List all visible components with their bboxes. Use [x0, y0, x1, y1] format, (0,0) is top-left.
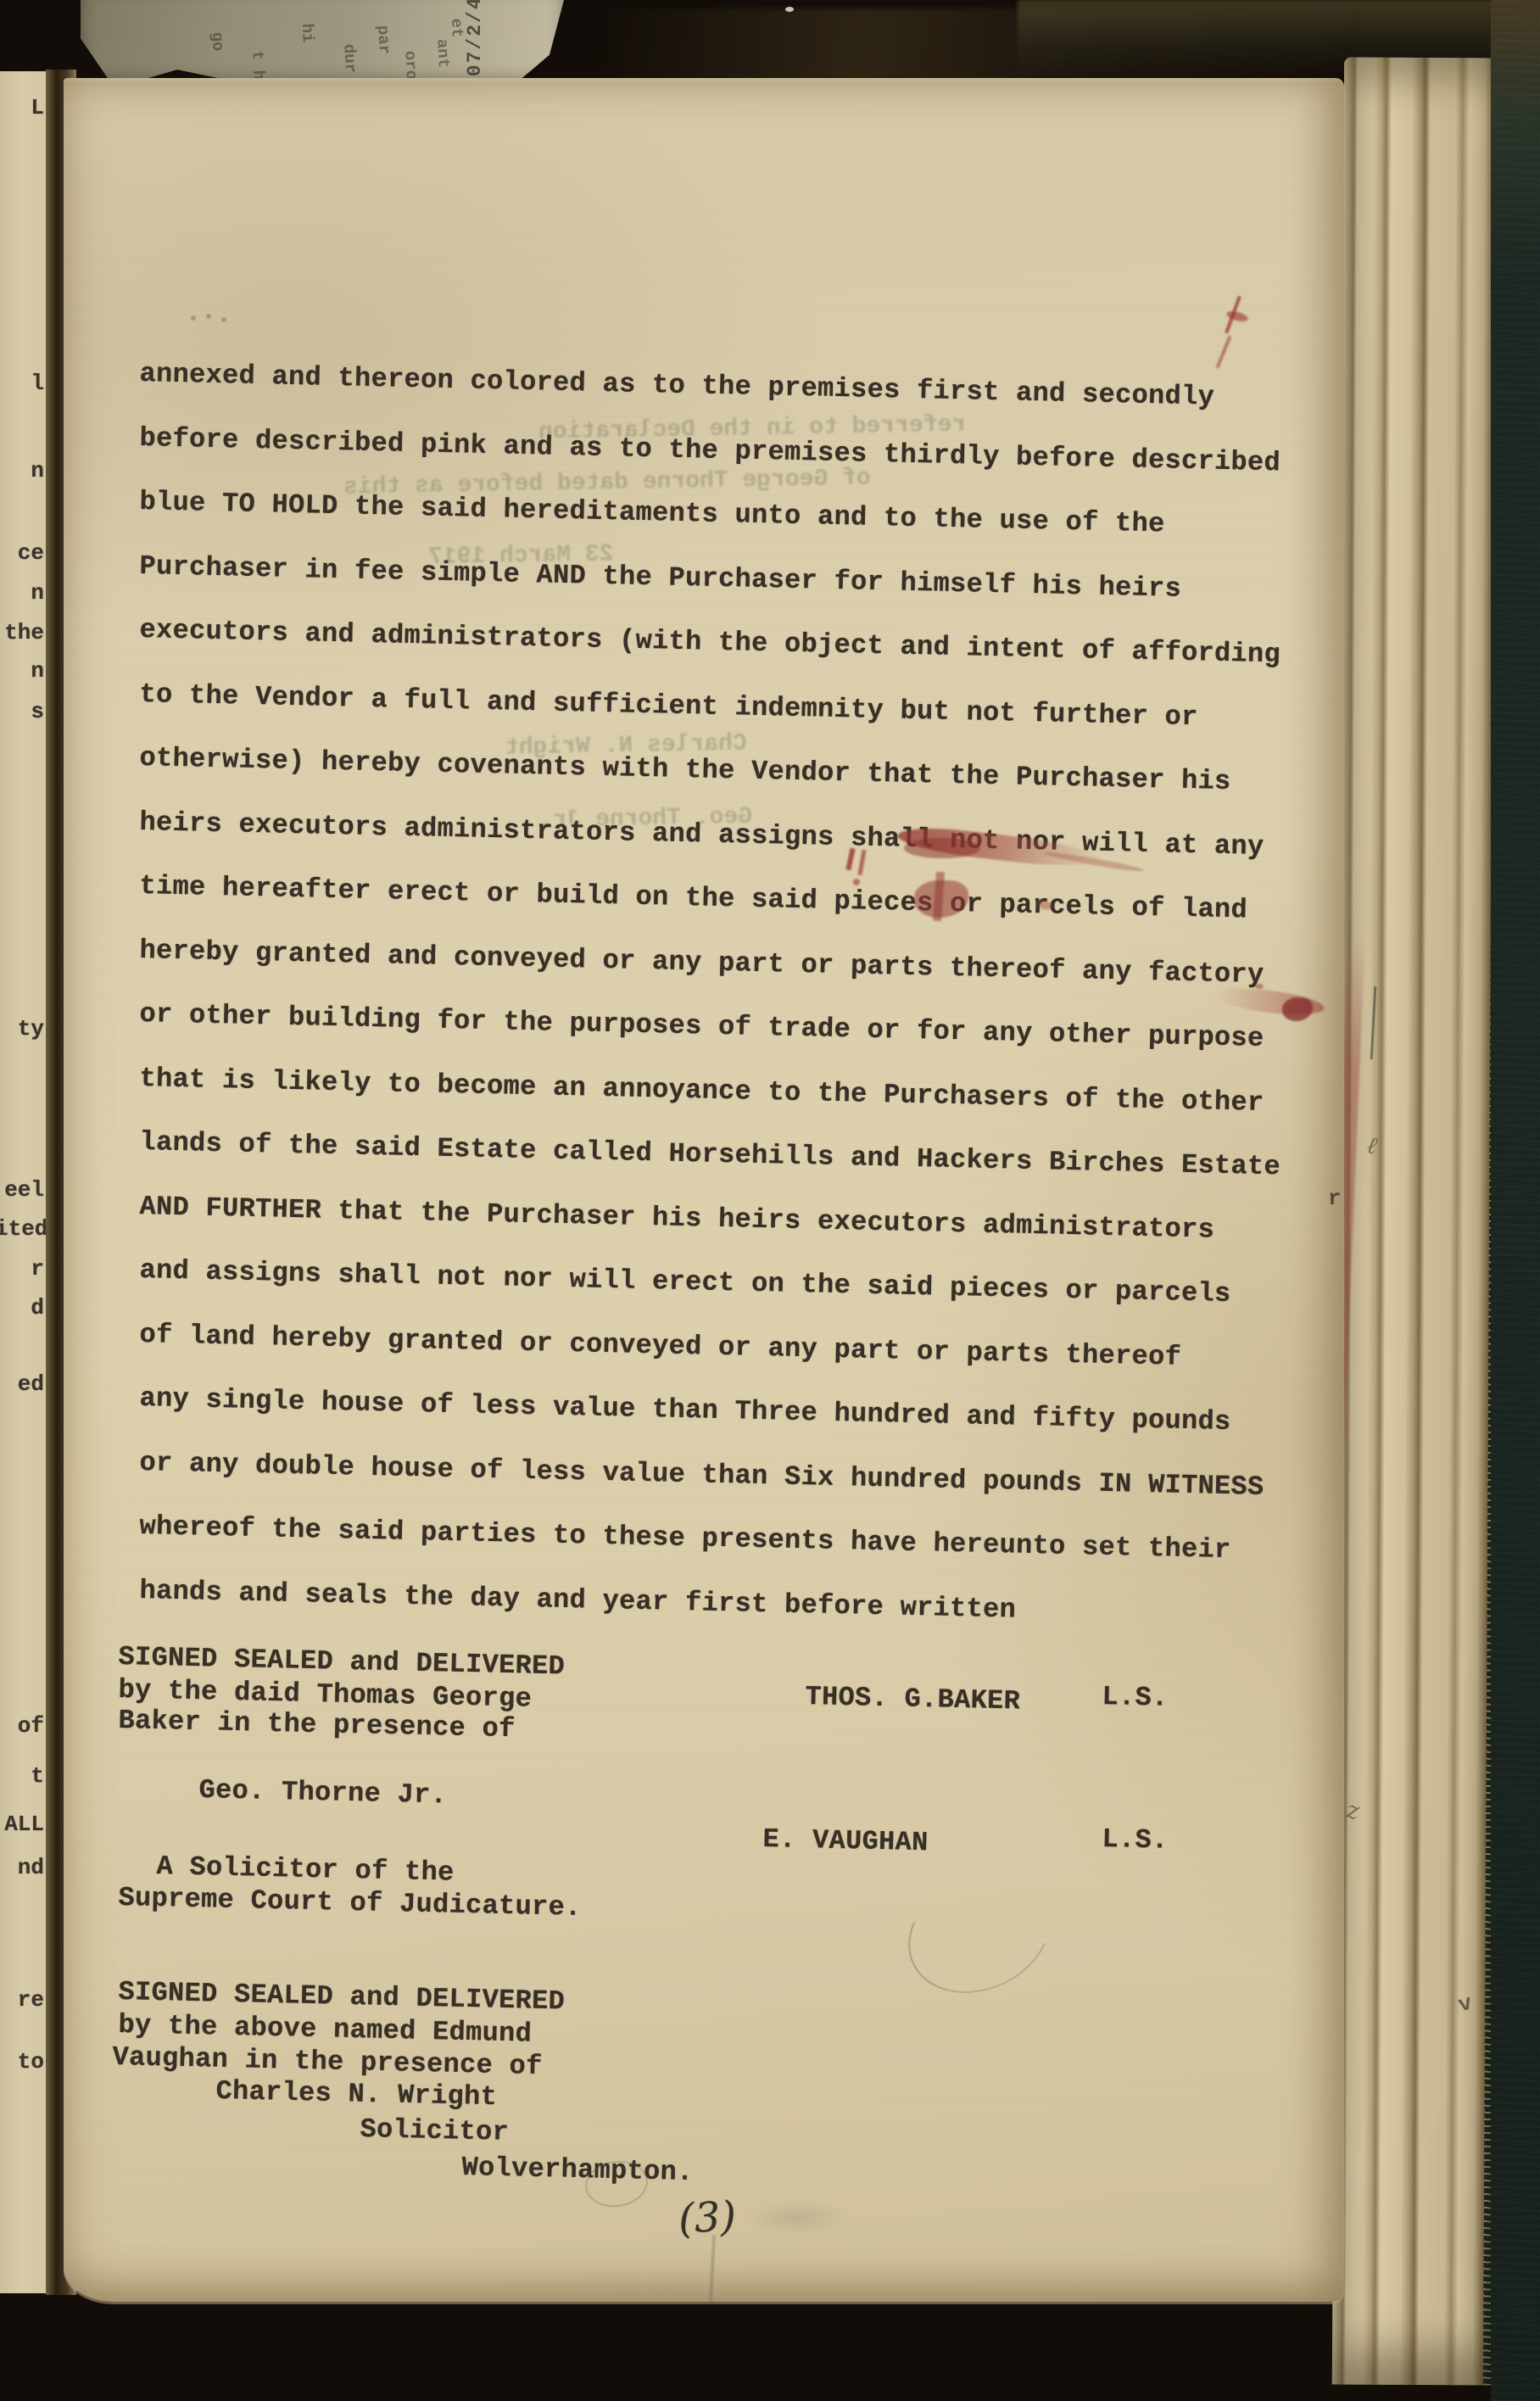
facing-page-fragment: r — [0, 1256, 44, 1281]
body-line: of land hereby granted or conveyed or an… — [139, 1319, 1181, 1373]
page-number: (3) — [678, 2192, 738, 2242]
body-line: heirs executors administrators and assig… — [139, 807, 1264, 863]
body-line: to the Vendor a full and sufficient inde… — [139, 678, 1198, 733]
body-line: AND FURTHER that the Purchaser his heirs… — [139, 1191, 1214, 1246]
book-scan: 407/2/46 got hhidurparoroantet Llncenthe… — [0, 0, 1540, 2401]
body-line: or any double house of less value than S… — [139, 1447, 1264, 1503]
body-line: otherwise) hereby covenants with the Ven… — [139, 742, 1231, 797]
scrap-letters: hi — [298, 23, 317, 43]
facing-page-fragment: n — [0, 658, 44, 684]
scrap-letters: ant — [432, 38, 453, 68]
facing-page-fragment: l — [0, 371, 44, 396]
witness-title: Solicitor — [360, 2113, 509, 2148]
ghost-line: Geo. Thorne Jr. — [538, 804, 753, 834]
attestation-1-clause-line: SIGNED SEALED and DELIVERED — [118, 1641, 565, 1682]
facing-page-fragment: eel — [0, 1177, 44, 1203]
witness-charles-wright: Charles N. Wright — [215, 2075, 497, 2113]
signature-e-vaughan: E. VAUGHAN — [762, 1823, 929, 1858]
facing-page-fragment: L — [0, 95, 44, 120]
book-cover — [1491, 0, 1540, 2401]
dust-speck — [785, 7, 794, 12]
facing-page-fragment: t — [0, 1763, 44, 1789]
ghost-line: of George Thorne dated before as this — [343, 466, 871, 501]
body-line: lands of the said Estate called Horsehil… — [139, 1126, 1281, 1182]
facing-page-fragment: nd — [0, 1855, 44, 1880]
scrap-letters: et — [447, 18, 466, 38]
scrap-letters: dur — [339, 43, 360, 73]
facing-page-fragment: the — [0, 620, 44, 645]
body-line: executors and administrators (with the o… — [139, 614, 1281, 670]
facing-page-fragment: ed — [0, 1371, 44, 1397]
scrap-letters: t h — [248, 50, 268, 80]
document-page: referred to in the Declarationof George … — [64, 78, 1344, 2302]
body-line: before described pink and as to the prem… — [139, 422, 1281, 478]
facing-page-fragment: n — [0, 458, 44, 483]
signature-thos-g-baker: THOS. G.BAKER — [805, 1681, 1020, 1717]
attestation-1-clause-line: by the daid Thomas George — [118, 1674, 532, 1715]
witness-town: Wolverhampton. — [461, 2152, 694, 2188]
facing-page-fragment: of — [0, 1713, 44, 1739]
facing-page-fragment: s — [0, 699, 44, 724]
seal-ls: L.S. — [1102, 1681, 1169, 1714]
body-line: blue TO HOLD the said hereditaments unto… — [139, 486, 1165, 539]
body-line: or other building for the purposes of tr… — [139, 998, 1264, 1054]
body-line: whereof the said parties to these presen… — [139, 1510, 1231, 1566]
attestation-2-clause-line: SIGNED SEALED and DELIVERED — [118, 1976, 565, 2017]
facing-page-fragment: re — [0, 1987, 44, 2013]
archive-reference-label: 407/2/46 — [464, 2, 488, 90]
facing-page-fragment: ALL — [0, 1812, 44, 1837]
facing-page-fragment: ty — [0, 1016, 44, 1041]
facing-page-edge: LlncenthenstyeelitedrdedoftALLndreto — [0, 71, 51, 2293]
facing-page-fragment: to — [0, 2049, 44, 2074]
body-line: hands and seals the day and year first b… — [139, 1575, 1016, 1626]
page-edges — [1332, 58, 1507, 2386]
ghost-line: Charles N. Wright — [505, 731, 747, 762]
body-line: that is likely to become an annoyance to… — [139, 1063, 1264, 1119]
scrap-letters: oro — [400, 50, 421, 80]
body-line: any single house of less value than Thre… — [139, 1382, 1231, 1438]
witness-title-line: A Solicitor of the — [156, 1851, 455, 1889]
witness-title-line: Supreme Court of Judicature. — [118, 1882, 582, 1924]
body-line: annexed and thereon colored as to the pr… — [139, 358, 1214, 413]
scrap-letters: par — [373, 25, 393, 54]
scrap-letters: go — [208, 31, 227, 52]
witness-geo-thorne: Geo. Thorne Jr. — [198, 1774, 447, 1811]
attestation-2-clause-line: Vaughan in the presence of — [112, 2041, 543, 2082]
facing-page-fragment: d — [0, 1295, 44, 1321]
ghost-line: referred to in the Declaration — [538, 412, 967, 446]
body-line: Purchaser in fee simple AND the Purchase… — [139, 550, 1181, 605]
ghost-line: 23 March 1917 — [428, 541, 614, 571]
body-line: and assigns shall not nor will erect on … — [139, 1254, 1231, 1309]
facing-page-fragment: ited — [0, 1216, 44, 1242]
attestation-1-clause-line: Baker in the presence of — [118, 1705, 516, 1745]
facing-page-fragment: n — [0, 580, 44, 606]
attestation-2-clause-line: by the above named Edmund — [118, 2009, 532, 2050]
seal-ls: L.S. — [1102, 1823, 1169, 1857]
facing-page-fragment: ce — [0, 540, 44, 566]
body-line: time hereafter erect or build on the sai… — [139, 870, 1247, 925]
body-line: hereby granted and conveyed or any part … — [139, 935, 1264, 991]
